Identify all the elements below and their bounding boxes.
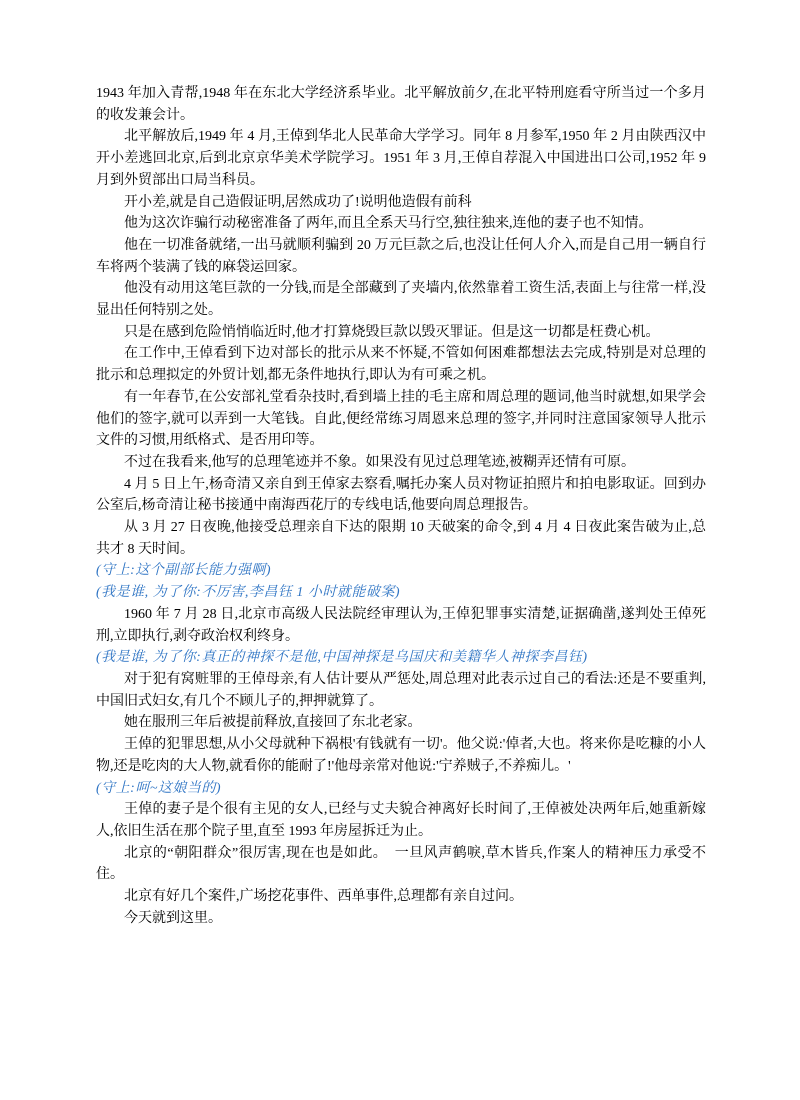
body-paragraph: 只是在感到危险悄悄临近时,他才打算烧毁巨款以毁灭罪证。但是这一切都是枉费心机。 — [96, 322, 706, 344]
body-paragraph: 在工作中,王倬看到下边对部长的批示从来不怀疑,不管如何困难都想法去完成,特别是对… — [96, 343, 706, 386]
body-paragraph: 北京有好几个案件,广场挖花事件、西单事件,总理都有亲自过问。 — [96, 886, 706, 908]
body-paragraph: 有一年春节,在公安部礼堂看杂技时,看到墙上挂的毛主席和周总理的题词,他当时就想,… — [96, 387, 706, 452]
body-paragraph: 1960 年 7 月 28 日,北京市高级人民法院经审理认为,王倬犯罪事实清楚,… — [96, 604, 706, 647]
annotation-paragraph: (守上:呵~这娘当的) — [96, 778, 706, 800]
body-paragraph: 王倬的妻子是个很有主见的女人,已经与丈夫貌合神离好长时间了,王倬被处决两年后,她… — [96, 799, 706, 842]
annotation-paragraph: (我是谁, 为了你:不厉害,李昌钰 1 小时就能破案) — [96, 582, 706, 604]
paragraph-list: 1943 年加入青帮,1948 年在东北大学经济系毕业。北平解放前夕,在北平特刑… — [96, 83, 706, 929]
body-paragraph: 不过在我看来,他写的总理笔迹并不象。如果没有见过总理笔迹,被糊弄还情有可原。 — [96, 452, 706, 474]
body-paragraph: 今天就到这里。 — [96, 908, 706, 930]
body-paragraph: 1943 年加入青帮,1948 年在东北大学经济系毕业。北平解放前夕,在北平特刑… — [96, 83, 706, 126]
body-paragraph: 他没有动用这笔巨款的一分钱,而是全部藏到了夹墙内,依然靠着工资生活,表面上与往常… — [96, 278, 706, 321]
annotation-paragraph: (守上:这个副部长能力强啊) — [96, 560, 706, 582]
body-paragraph: 对于犯有窝赃罪的王倬母亲,有人估计要从严惩处,周总理对此表示过自己的看法:还是不… — [96, 669, 706, 712]
body-paragraph: 她在服刑三年后被提前释放,直接回了东北老家。 — [96, 712, 706, 734]
body-paragraph: 王倬的犯罪思想,从小父母就种下祸根'有钱就有一切'。他父说:'倬者,大也。将来你… — [96, 734, 706, 777]
body-paragraph: 开小差,就是自己造假证明,居然成功了!说明他造假有前科 — [96, 192, 706, 214]
body-paragraph: 他为这次诈骗行动秘密准备了两年,而且全系天马行空,独往独来,连他的妻子也不知情。 — [96, 213, 706, 235]
document-page: 1943 年加入青帮,1948 年在东北大学经济系毕业。北平解放前夕,在北平特刑… — [0, 0, 800, 1100]
body-paragraph: 北京的“朝阳群众”很厉害,现在也是如此。 一旦风声鹤唳,草木皆兵,作案人的精神压… — [96, 843, 706, 886]
annotation-paragraph: (我是谁, 为了你:真正的神探不是他,中国神探是乌国庆和美籍华人神探李昌钰) — [96, 647, 706, 669]
body-paragraph: 4 月 5 日上午,杨奇清又亲自到王倬家去察看,嘱托办案人员对物证拍照片和拍电影… — [96, 474, 706, 517]
body-paragraph: 从 3 月 27 日夜晚,他接受总理亲自下达的限期 10 天破案的命令,到 4 … — [96, 517, 706, 560]
body-paragraph: 他在一切准备就绪,一出马就顺利骗到 20 万元巨款之后,也没让任何人介入,而是自… — [96, 235, 706, 278]
body-paragraph: 北平解放后,1949 年 4 月,王倬到华北人民革命大学学习。同年 8 月参军,… — [96, 126, 706, 191]
